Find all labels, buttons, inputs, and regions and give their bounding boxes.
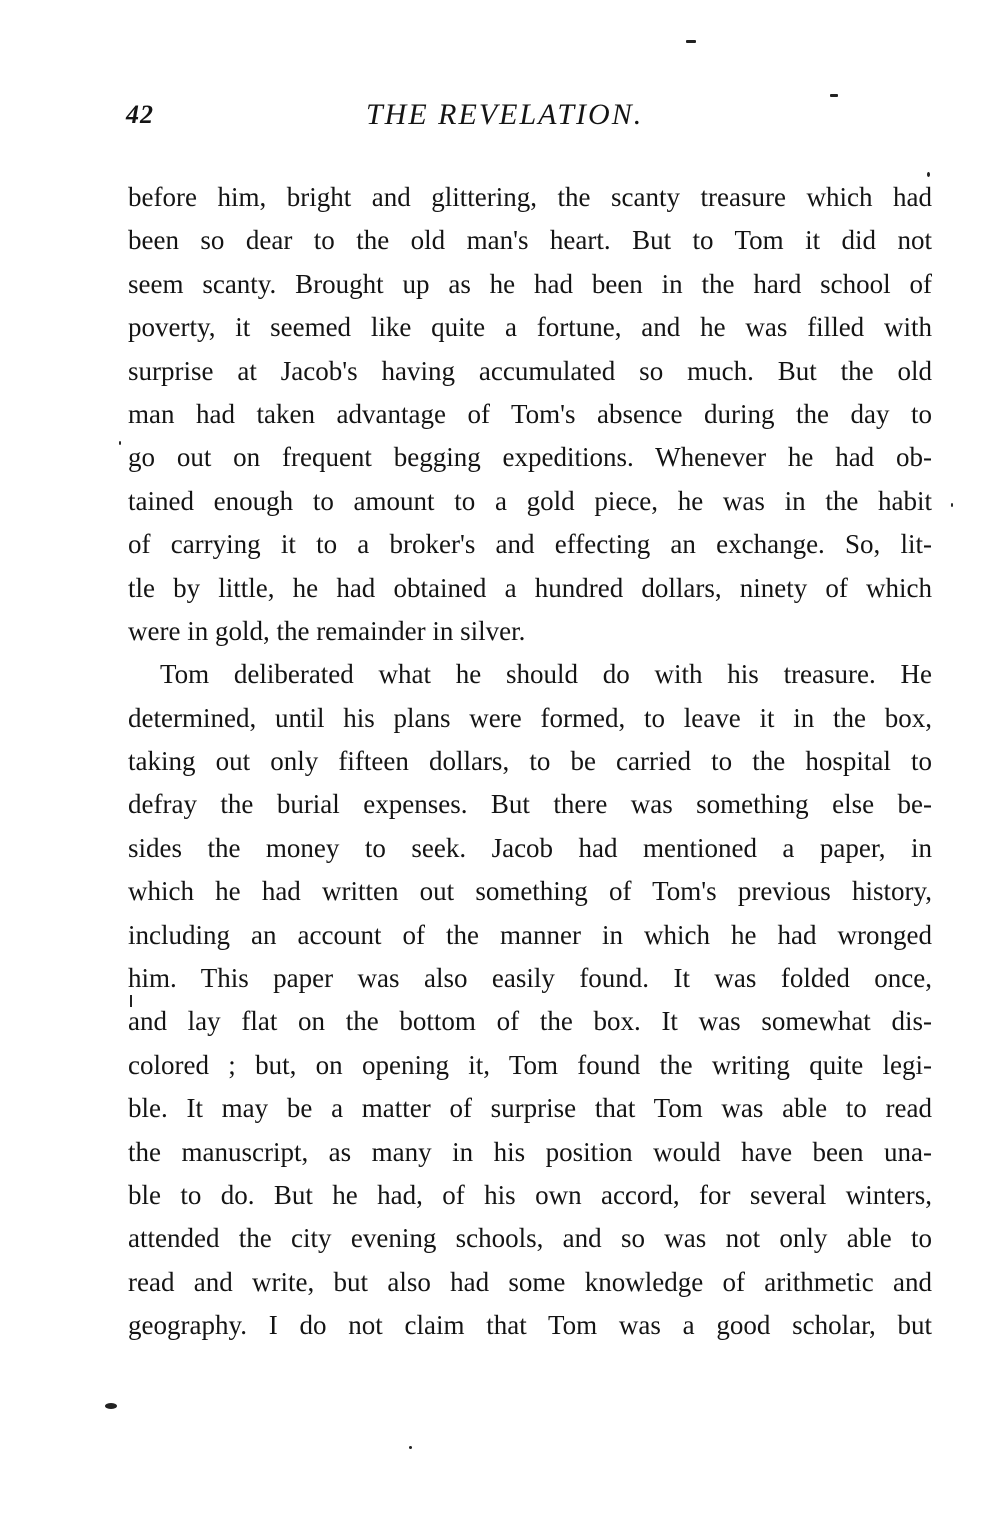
text-line: go out on frequent begging expeditions. … xyxy=(128,436,932,479)
text-line: which he had written out something of To… xyxy=(128,870,932,913)
scan-speck xyxy=(130,995,132,1007)
text-line: taking out only fifteen dollars, to be c… xyxy=(128,740,932,783)
text-line: him. This paper was also easily found. I… xyxy=(128,957,932,1000)
text-line: poverty, it seemed like quite a fortune,… xyxy=(128,306,932,349)
scan-speck xyxy=(830,94,838,97)
paragraph-2: Tom deliberated what he should do with h… xyxy=(128,653,932,1347)
running-head: THE REVELATION. xyxy=(366,98,643,132)
body-text: before him, bright and glittering, the s… xyxy=(128,176,932,1348)
text-line: attended the city evening schools, and s… xyxy=(128,1217,932,1260)
text-line: sides the money to seek. Jacob had menti… xyxy=(128,827,932,870)
scan-speck xyxy=(951,503,953,507)
text-line: man had taken advantage of Tom's absence… xyxy=(128,393,932,436)
text-line: including an account of the manner in wh… xyxy=(128,914,932,957)
page-header: 42 THE REVELATION. xyxy=(126,98,931,138)
text-line: tained enough to amount to a gold piece,… xyxy=(128,480,932,523)
scan-speck xyxy=(686,40,696,43)
text-line: of carrying it to a broker's and effecti… xyxy=(128,523,932,566)
text-line: the manuscript, as many in his position … xyxy=(128,1131,932,1174)
paragraph-1: before him, bright and glittering, the s… xyxy=(128,176,932,653)
page-number: 42 xyxy=(126,100,154,130)
text-line: colored ; but, on opening it, Tom found … xyxy=(128,1044,932,1087)
scan-speck xyxy=(409,1446,412,1449)
text-line: seem scanty. Brought up as he had been i… xyxy=(128,263,932,306)
text-line: before him, bright and glittering, the s… xyxy=(128,176,932,219)
text-line: surprise at Jacob's having accumulated s… xyxy=(128,350,932,393)
text-line: ble. It may be a matter of surprise that… xyxy=(128,1087,932,1130)
text-line: defray the burial expenses. But there wa… xyxy=(128,783,932,826)
text-line: been so dear to the old man's heart. But… xyxy=(128,219,932,262)
text-line: Tom deliberated what he should do with h… xyxy=(128,653,932,696)
text-line: were in gold, the remainder in silver. xyxy=(128,610,932,653)
text-line: geography. I do not claim that Tom was a… xyxy=(128,1304,932,1347)
book-page: 42 THE REVELATION. before him, bright an… xyxy=(0,0,989,1518)
text-line: tle by little, he had obtained a hundred… xyxy=(128,567,932,610)
text-line: ble to do. But he had, of his own accord… xyxy=(128,1174,932,1217)
scan-speck xyxy=(119,441,121,445)
scan-speck xyxy=(927,172,930,177)
text-line: read and write, but also had some knowle… xyxy=(128,1261,932,1304)
text-line: determined, until his plans were formed,… xyxy=(128,697,932,740)
text-line: and lay flat on the bottom of the box. I… xyxy=(128,1000,932,1043)
scan-speck xyxy=(105,1403,117,1409)
